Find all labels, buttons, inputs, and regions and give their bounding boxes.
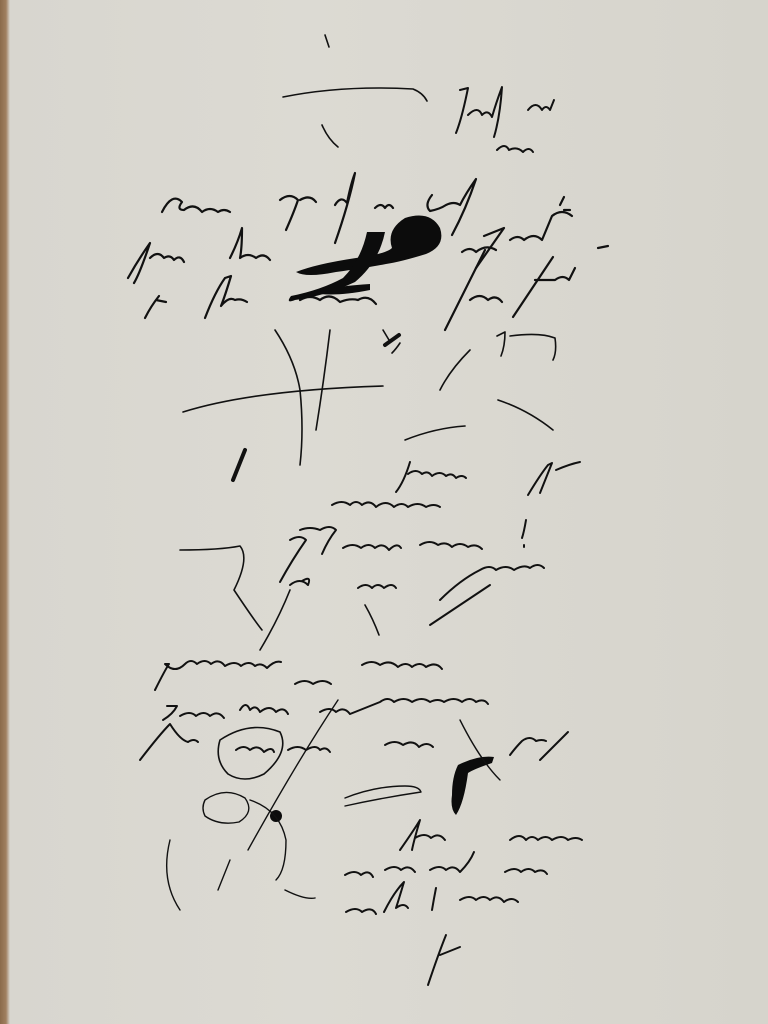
ink-mark-left	[233, 335, 399, 480]
stray-strokes-middle	[180, 330, 556, 650]
manuscript-page: Photograph of a handwritten manuscript p…	[0, 0, 768, 1024]
circled-word	[218, 728, 283, 780]
block-lower-paragraph	[140, 661, 568, 760]
ink-blot-upper	[289, 216, 442, 302]
block-bottom-note	[345, 820, 582, 985]
block-top-right-note	[456, 87, 554, 152]
block-middle-paragraph	[280, 462, 580, 625]
stray-strokes-lower	[167, 700, 500, 910]
ink-blot-lower	[270, 757, 494, 822]
handwriting-strokes	[0, 0, 768, 1024]
stray-strokes-top	[283, 35, 427, 147]
